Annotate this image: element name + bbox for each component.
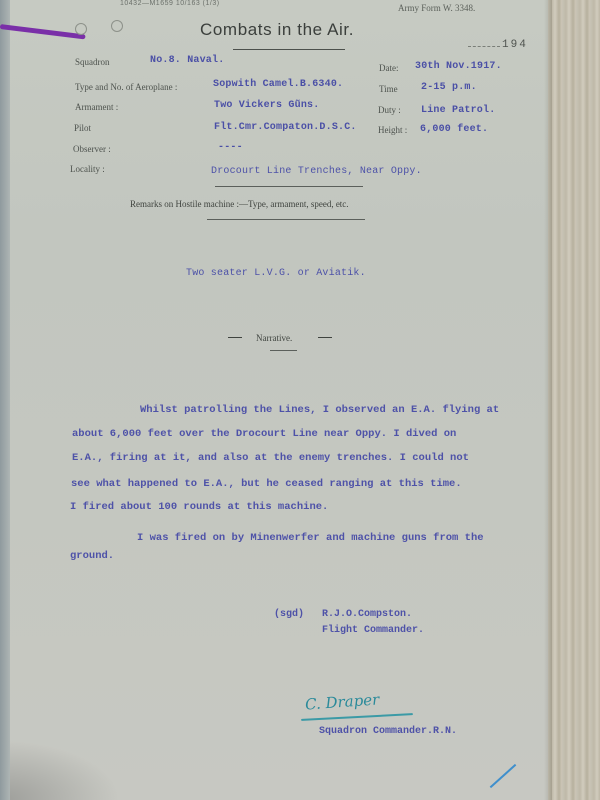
year-field: 194	[502, 39, 528, 51]
punch-hole-icon	[111, 20, 123, 32]
signatory-rank: Flight Commander.	[322, 625, 424, 636]
remarks-underline	[207, 219, 365, 220]
height-value: 6,000 feet.	[420, 124, 488, 135]
page-edge-stack	[548, 0, 600, 800]
armament-label: Armament :	[75, 102, 118, 112]
time-label: Time	[379, 84, 398, 94]
narrative-underline	[270, 350, 297, 351]
commander-title: Squadron Commander.R.N.	[319, 726, 457, 737]
observer-value: ----	[218, 142, 243, 153]
pilot-value: Flt.Cmr.Compaton.D.S.C.	[214, 122, 357, 133]
aeroplane-value: Sopwith Camel.B.6340.	[213, 79, 343, 90]
print-code: 10432—M1659 10/163 (1/3)	[120, 0, 220, 7]
narrative-dash-left	[228, 337, 242, 338]
narrative-line: see what happened to E.A., but he ceased…	[71, 478, 462, 490]
armament-value: Two Vickers Gũns.	[214, 100, 319, 111]
date-label: Date:	[379, 63, 399, 73]
hostile-machine-description: Two seater L.V.G. or Aviatik.	[186, 268, 366, 279]
document-title: Combats in the Air.	[200, 20, 354, 40]
duty-value: Line Patrol.	[421, 105, 495, 116]
narrative-line: I was fired on by Minenwerfer and machin…	[137, 532, 484, 544]
squadron-label: Squadron	[75, 57, 110, 67]
narrative-heading: Narrative.	[256, 333, 292, 343]
narrative-dash-right	[318, 337, 332, 338]
title-underline	[233, 49, 345, 50]
height-label: Height :	[378, 125, 407, 135]
document-page	[0, 0, 548, 800]
binder-spine	[0, 0, 10, 800]
duty-label: Duty :	[378, 105, 401, 115]
narrative-line: about 6,000 feet over the Drocourt Line …	[72, 428, 456, 440]
date-value: 30th Nov.1917.	[415, 61, 502, 72]
year-blank	[468, 46, 500, 47]
aeroplane-label: Type and No. of Aeroplane :	[75, 82, 177, 92]
signed-mark: (sgd)	[274, 609, 304, 620]
locality-label: Locality :	[70, 164, 105, 174]
narrative-line: ground.	[70, 550, 114, 562]
squadron-value: No.8. Naval.	[150, 55, 224, 66]
time-value: 2-15 p.m.	[421, 82, 477, 93]
observer-label: Observer :	[73, 144, 111, 154]
punch-hole-icon	[75, 23, 87, 35]
remarks-label: Remarks on Hostile machine :—Type, armam…	[130, 199, 349, 209]
pilot-label: Pilot	[74, 123, 91, 133]
locality-underline	[215, 186, 363, 187]
narrative-line: Whilst patrolling the Lines, I observed …	[140, 404, 499, 416]
locality-value: Drocourt Line Trenches, Near Oppy.	[211, 166, 422, 177]
form-id: Army Form W. 3348.	[398, 3, 475, 13]
narrative-line: I fired about 100 rounds at this machine…	[70, 501, 328, 513]
signatory-name: R.J.O.Compston.	[322, 609, 412, 620]
narrative-line: E.A., firing at it, and also at the enem…	[72, 452, 469, 464]
page-edge-shadow	[544, 0, 552, 800]
